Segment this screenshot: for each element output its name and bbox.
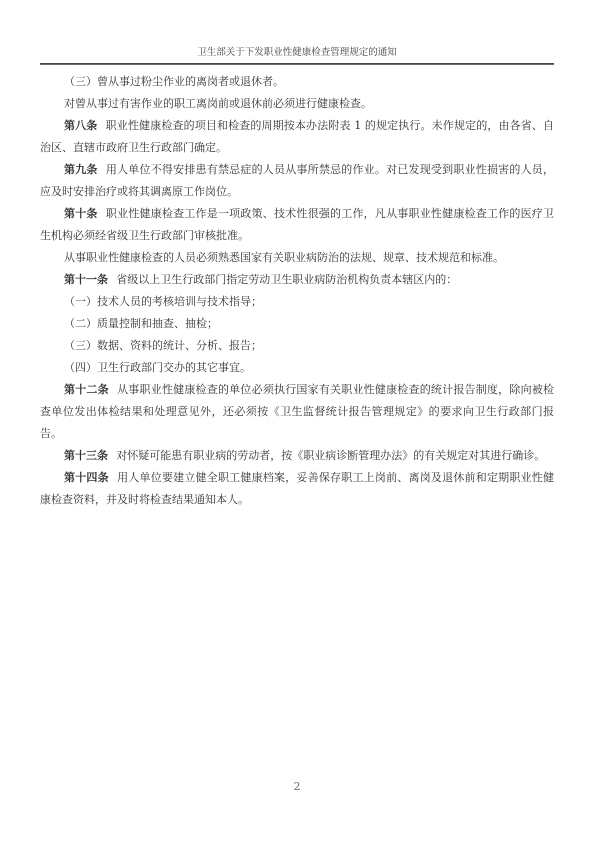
page-footer: 2	[0, 775, 594, 794]
paragraph: （一）技术人员的考核培训与技术指导；	[40, 291, 554, 313]
paragraph: 第八条职业性健康检查的项目和检查的周期按本办法附表 1 的规定执行。未作规定的，…	[40, 115, 554, 159]
paragraph-text: 对怀疑可能患有职业病的劳动者，按《职业病诊断管理办法》的有关规定对其进行确诊。	[116, 449, 545, 462]
paragraph-text: 对曾从事过有害作业的职工离岗前或退休前必须进行健康检查。	[64, 97, 372, 110]
paragraph: 第十二条从事职业性健康检查的单位必须执行国家有关职业性健康检查的统计报告制度，除…	[40, 379, 554, 445]
article-number: 第九条	[64, 163, 98, 176]
paragraph-text: （三）曾从事过粉尘作业的离岗者或退休者。	[64, 75, 284, 88]
paragraph-text: （三）数据、资料的统计、分析、报告；	[64, 339, 262, 352]
paragraph: （三）曾从事过粉尘作业的离岗者或退休者。	[40, 71, 554, 93]
paragraph-text: 从事职业性健康检查的人员必须熟悉国家有关职业病防治的法规、规章、技术规范和标准。	[64, 251, 504, 264]
paragraph-text: （四）卫生行政部门交办的其它事宜。	[64, 361, 251, 374]
article-number: 第八条	[64, 119, 97, 132]
page-header: 卫生部关于下发职业性健康检查管理规定的通知	[40, 0, 554, 65]
article-number: 第十条	[64, 207, 98, 220]
article-number: 第十四条	[64, 471, 109, 484]
header-divider	[40, 63, 554, 65]
paragraph: 从事职业性健康检查的人员必须熟悉国家有关职业病防治的法规、规章、技术规范和标准。	[40, 247, 554, 269]
paragraph: 第九条用人单位不得安排患有禁忌症的人员从事所禁忌的作业。对已发现受到职业性损害的…	[40, 159, 554, 203]
paragraph-text: 省级以上卫生行政部门指定劳动卫生职业病防治机构负责本辖区内的：	[116, 273, 457, 286]
paragraph-text: （二）质量控制和抽查、抽检；	[64, 317, 218, 330]
paragraph: （四）卫生行政部门交办的其它事宜。	[40, 357, 554, 379]
article-number: 第十三条	[64, 449, 108, 462]
paragraph-text: 职业性健康检查工作是一项政策、技术性很强的工作，凡从事职业性健康检查工作的医疗卫…	[40, 207, 554, 242]
article-number: 第十一条	[64, 273, 108, 286]
paragraph: 第十一条省级以上卫生行政部门指定劳动卫生职业病防治机构负责本辖区内的：	[40, 269, 554, 291]
paragraph: （三）数据、资料的统计、分析、报告；	[40, 335, 554, 357]
page-number: 2	[294, 780, 301, 793]
paragraph-text: 职业性健康检查的项目和检查的周期按本办法附表 1 的规定执行。未作规定的，由各省…	[40, 119, 554, 154]
paragraph: 对曾从事过有害作业的职工离岗前或退休前必须进行健康检查。	[40, 93, 554, 115]
paragraph: 第十条职业性健康检查工作是一项政策、技术性很强的工作，凡从事职业性健康检查工作的…	[40, 203, 554, 247]
paragraph-text: 用人单位不得安排患有禁忌症的人员从事所禁忌的作业。对已发现受到职业性损害的人员，…	[40, 163, 554, 198]
document-page: { "header": { "title": "卫生部关于下发职业性健康检查管理…	[0, 0, 594, 842]
paragraph-text: 从事职业性健康检查的单位必须执行国家有关职业性健康检查的统计报告制度，除向被检查…	[40, 383, 554, 440]
paragraph: 第十三条对怀疑可能患有职业病的劳动者，按《职业病诊断管理办法》的有关规定对其进行…	[40, 445, 554, 467]
article-number: 第十二条	[64, 383, 109, 396]
paragraph: （二）质量控制和抽查、抽检；	[40, 313, 554, 335]
document-body: （三）曾从事过粉尘作业的离岗者或退休者。对曾从事过有害作业的职工离岗前或退休前必…	[40, 71, 554, 511]
paragraph-text: 用人单位要建立健全职工健康档案，妥善保存职工上岗前、离岗及退休前和定期职业性健康…	[40, 471, 554, 506]
header-title: 卫生部关于下发职业性健康检查管理规定的通知	[40, 0, 554, 58]
paragraph: 第十四条用人单位要建立健全职工健康档案，妥善保存职工上岗前、离岗及退休前和定期职…	[40, 467, 554, 511]
paragraph-text: （一）技术人员的考核培训与技术指导；	[64, 295, 262, 308]
